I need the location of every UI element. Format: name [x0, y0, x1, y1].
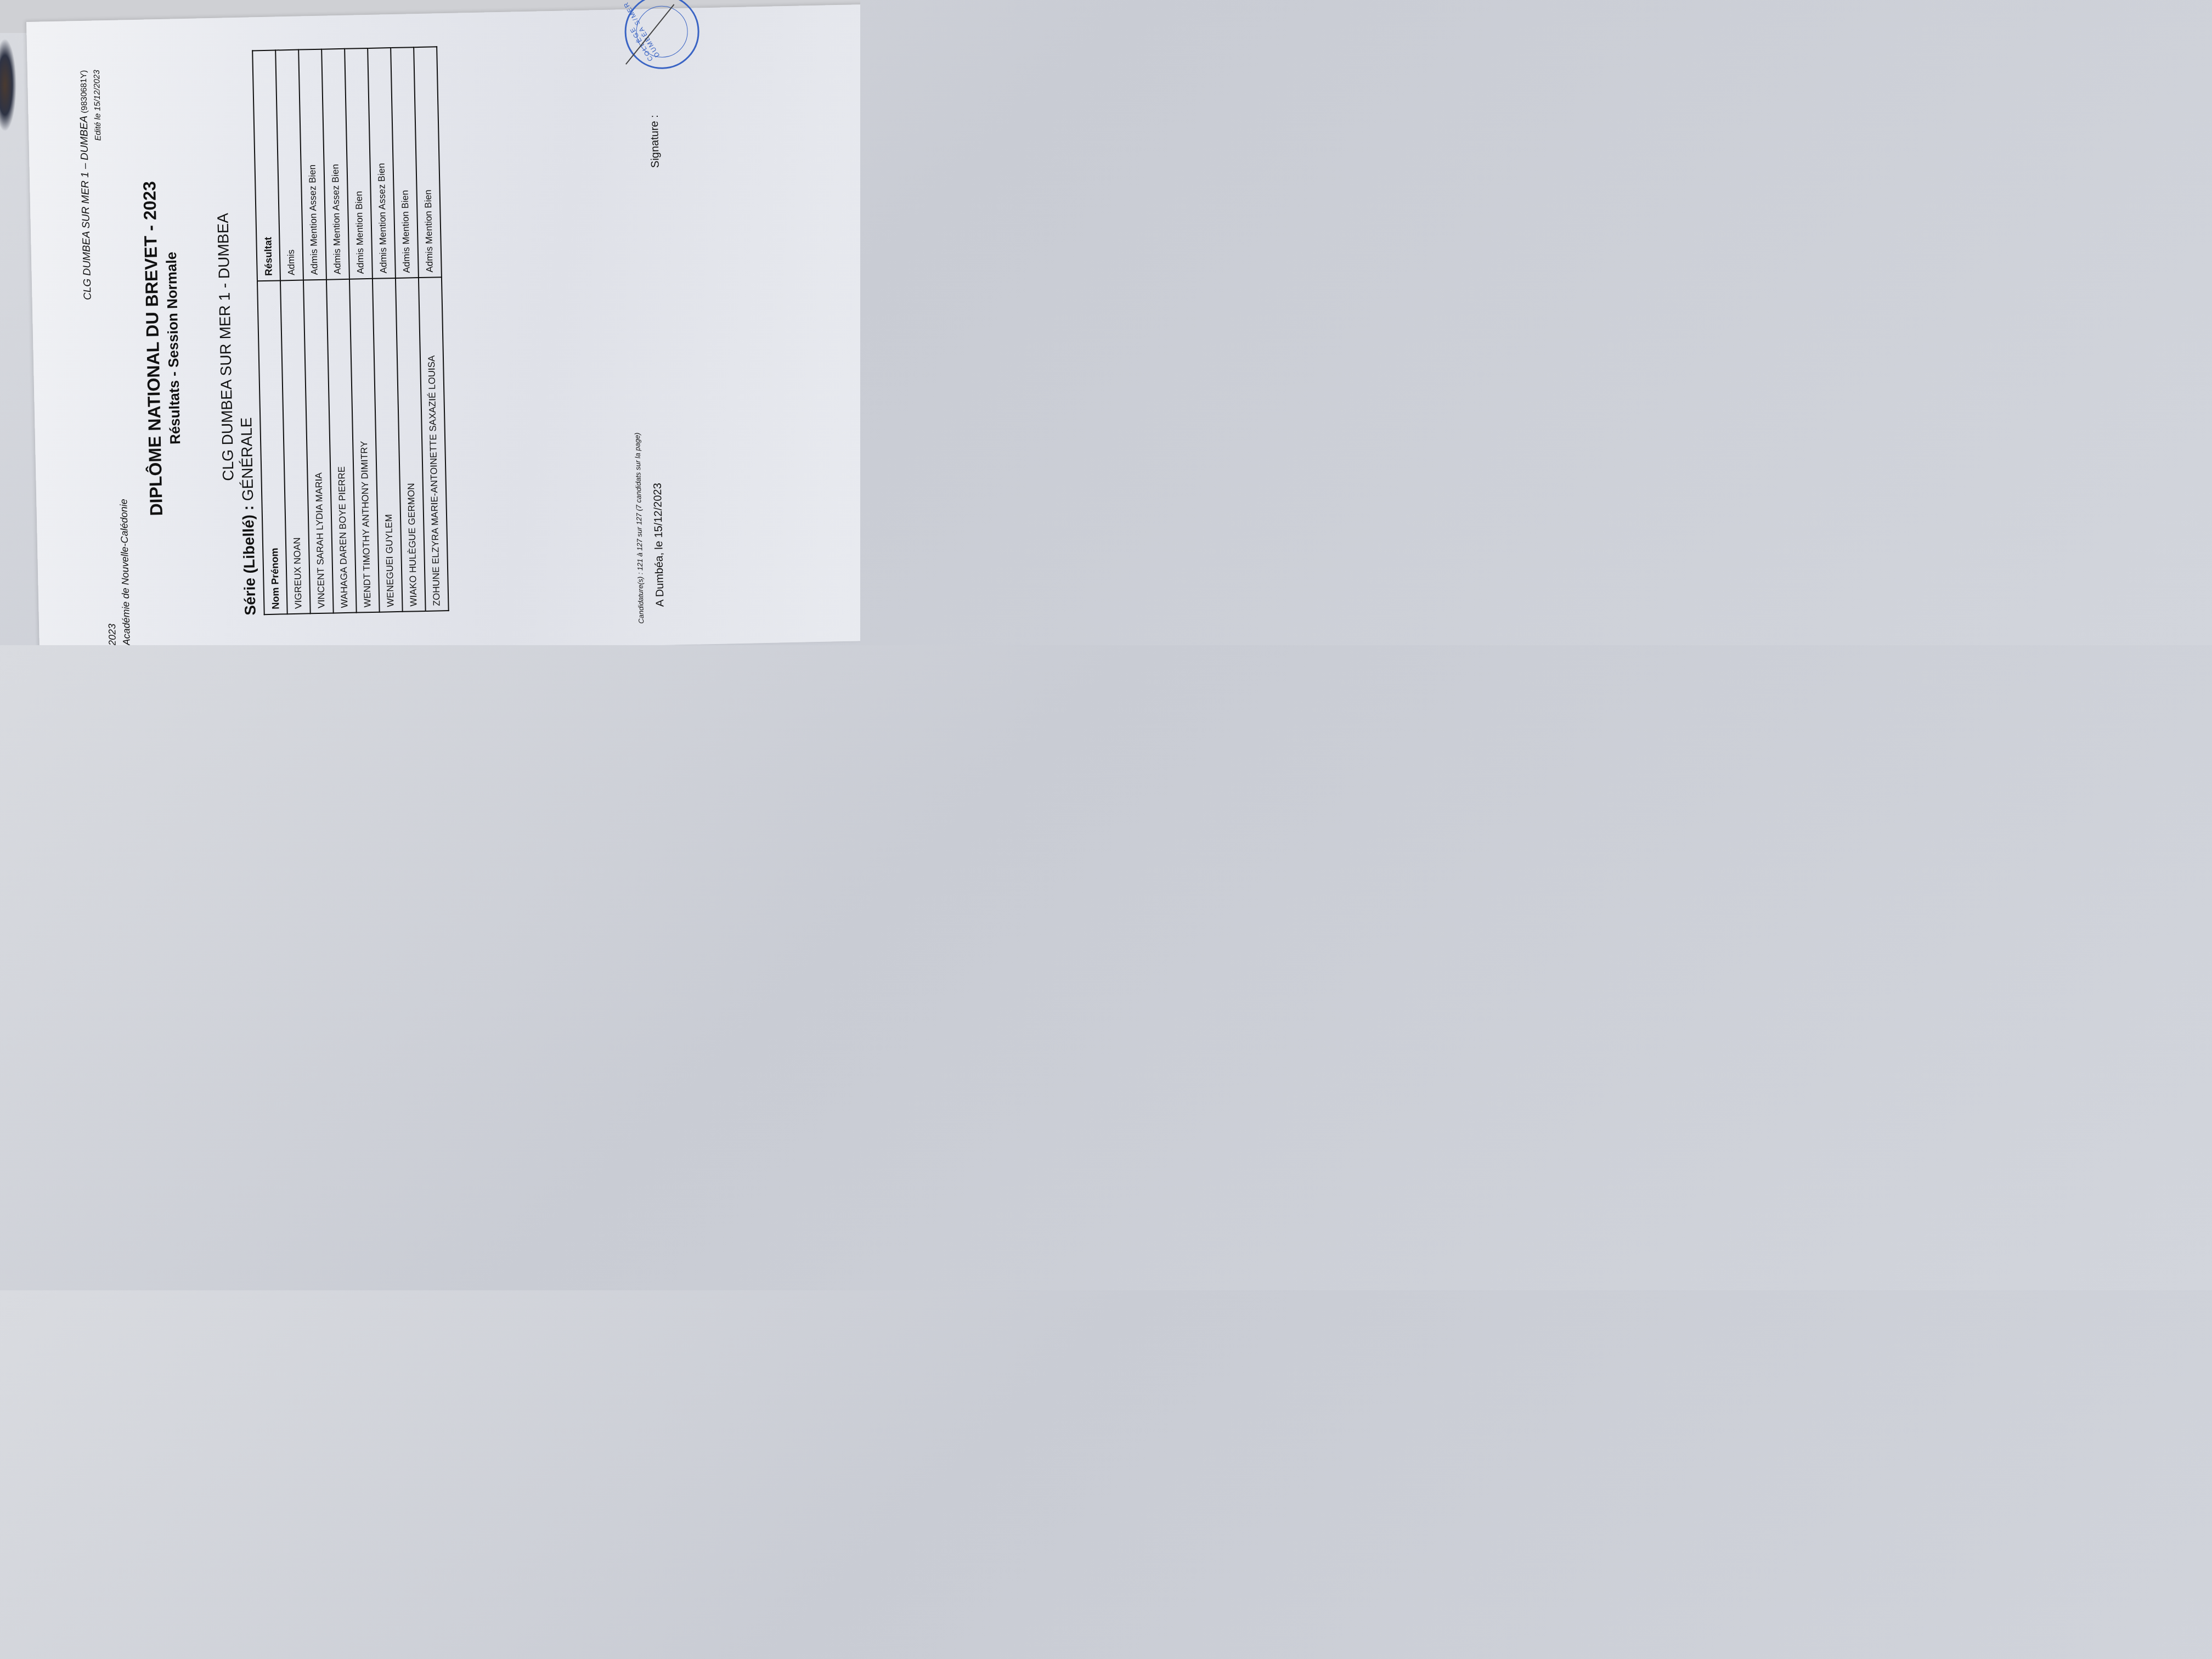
- school-line: CLG DUMBEA SUR MER 1 – DUMBEA: [78, 116, 94, 300]
- document-page: CLG DUMBEA SUR MER 1 – DUMBEA (9830681Y)…: [26, 4, 860, 645]
- results-table: Nom Prénom Résultat VIGREUX NOAN Admis V…: [252, 46, 449, 615]
- thread-object: [0, 38, 16, 132]
- academy: Académie de Nouvelle-Calédonie: [116, 499, 134, 645]
- serie-value: GÉNÉRALE: [238, 417, 256, 501]
- school-name: CLG DUMBEA SUR MER 1 - DUMBEA: [211, 45, 241, 645]
- stamp-inner-ring: [636, 5, 689, 58]
- school-code: (9830681Y): [79, 70, 89, 114]
- candidatures-count: Candidature(s) : 121 à 127 sur 127 (7 ca…: [633, 432, 645, 624]
- document-content: CLG DUMBEA SUR MER 1 – DUMBEA (9830681Y)…: [65, 31, 860, 645]
- header-left: 2023 Académie de Nouvelle-Calédonie: [102, 499, 134, 645]
- serie-label: Série (Libellé) :: [240, 505, 259, 616]
- serie-line: Série (Libellé) : GÉNÉRALE: [238, 417, 259, 616]
- school-stamp-icon: COLLÈGE DUMBÉA S/MER: [624, 0, 700, 70]
- header-right: CLG DUMBEA SUR MER 1 – DUMBEA (9830681Y)…: [77, 70, 109, 300]
- candidate-result: Admis Mention Bien: [414, 47, 442, 278]
- signature-label: Signature :: [648, 115, 662, 168]
- place-date: A Dumbéa, le 15/12/2023: [652, 483, 667, 607]
